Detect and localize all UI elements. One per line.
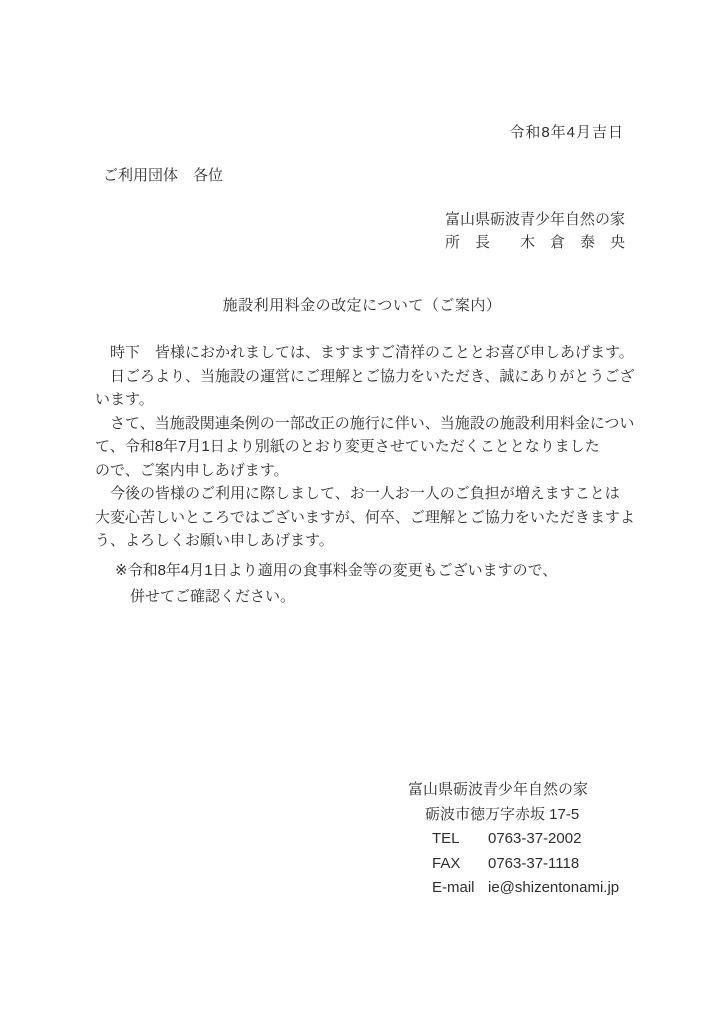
sender-block: 富山県砺波青少年自然の家 所 長 木 倉 泰 央	[445, 208, 625, 254]
footer-tel-label: TEL	[432, 827, 488, 852]
footer-email-row: E-mailie@shizentonami.jp	[408, 876, 619, 901]
footer-address: 砺波市徳万字赤坂 17-5	[408, 803, 619, 828]
body-line: 時下 皆様におかれましては、ますますご清祥のこととお喜び申しあげます。	[95, 341, 640, 365]
letter-body: 時下 皆様におかれましては、ますますご清祥のこととお喜び申しあげます。 日ごろよ…	[95, 341, 640, 553]
addressee: ご利用団体 各位	[103, 164, 223, 185]
footer-fax-label: FAX	[432, 852, 488, 877]
body-line: う、よろしくお願い申しあげます。	[95, 529, 640, 553]
note-block: ※令和8年4月1日より適用の食事料金等の変更もございますので、 併せてご確認くだ…	[115, 558, 557, 610]
footer-email-label: E-mail	[432, 876, 488, 901]
body-line: 今後の皆様のご利用に際しまして、お一人お一人のご負担が増えますことは	[95, 482, 640, 506]
footer-fax-value: 0763-37-1118	[488, 855, 579, 872]
body-line: さて、当施設関連条例の一部改正の施行に伴い、当施設の施設利用料金につい	[95, 412, 640, 436]
letter-page: 令和8年4月吉日 ご利用団体 各位 富山県砺波青少年自然の家 所 長 木 倉 泰…	[0, 0, 724, 1024]
body-line: ので、ご案内申しあげます。	[95, 459, 640, 483]
body-line: 大変心苦しいところではございますが、何卒、ご理解とご協力をいただきますよ	[95, 506, 640, 530]
letter-title: 施設利用料金の改定について（ご案内）	[0, 294, 724, 315]
footer-email-value: ie@shizentonami.jp	[488, 879, 619, 896]
note-line: ※令和8年4月1日より適用の食事料金等の変更もございますので、	[115, 558, 557, 584]
footer-organization: 富山県砺波青少年自然の家	[408, 778, 619, 803]
footer-tel-value: 0763-37-2002	[488, 830, 581, 847]
note-line: 併せてご確認ください。	[115, 584, 557, 610]
body-line: います。	[95, 388, 640, 412]
body-line: 日ごろより、当施設の運営にご理解とご協力をいただき、誠にありがとうござ	[95, 365, 640, 389]
body-line: て、令和8年7月1日より別紙のとおり変更させていただくこととなりました	[95, 435, 640, 459]
footer-fax-row: FAX0763-37-1118	[408, 852, 619, 877]
footer-tel-row: TEL0763-37-2002	[408, 827, 619, 852]
sender-director: 所 長 木 倉 泰 央	[445, 231, 625, 254]
letter-date: 令和8年4月吉日	[509, 121, 624, 142]
footer-contact-block: 富山県砺波青少年自然の家 砺波市徳万字赤坂 17-5 TEL0763-37-20…	[408, 778, 619, 901]
sender-organization: 富山県砺波青少年自然の家	[445, 208, 625, 231]
